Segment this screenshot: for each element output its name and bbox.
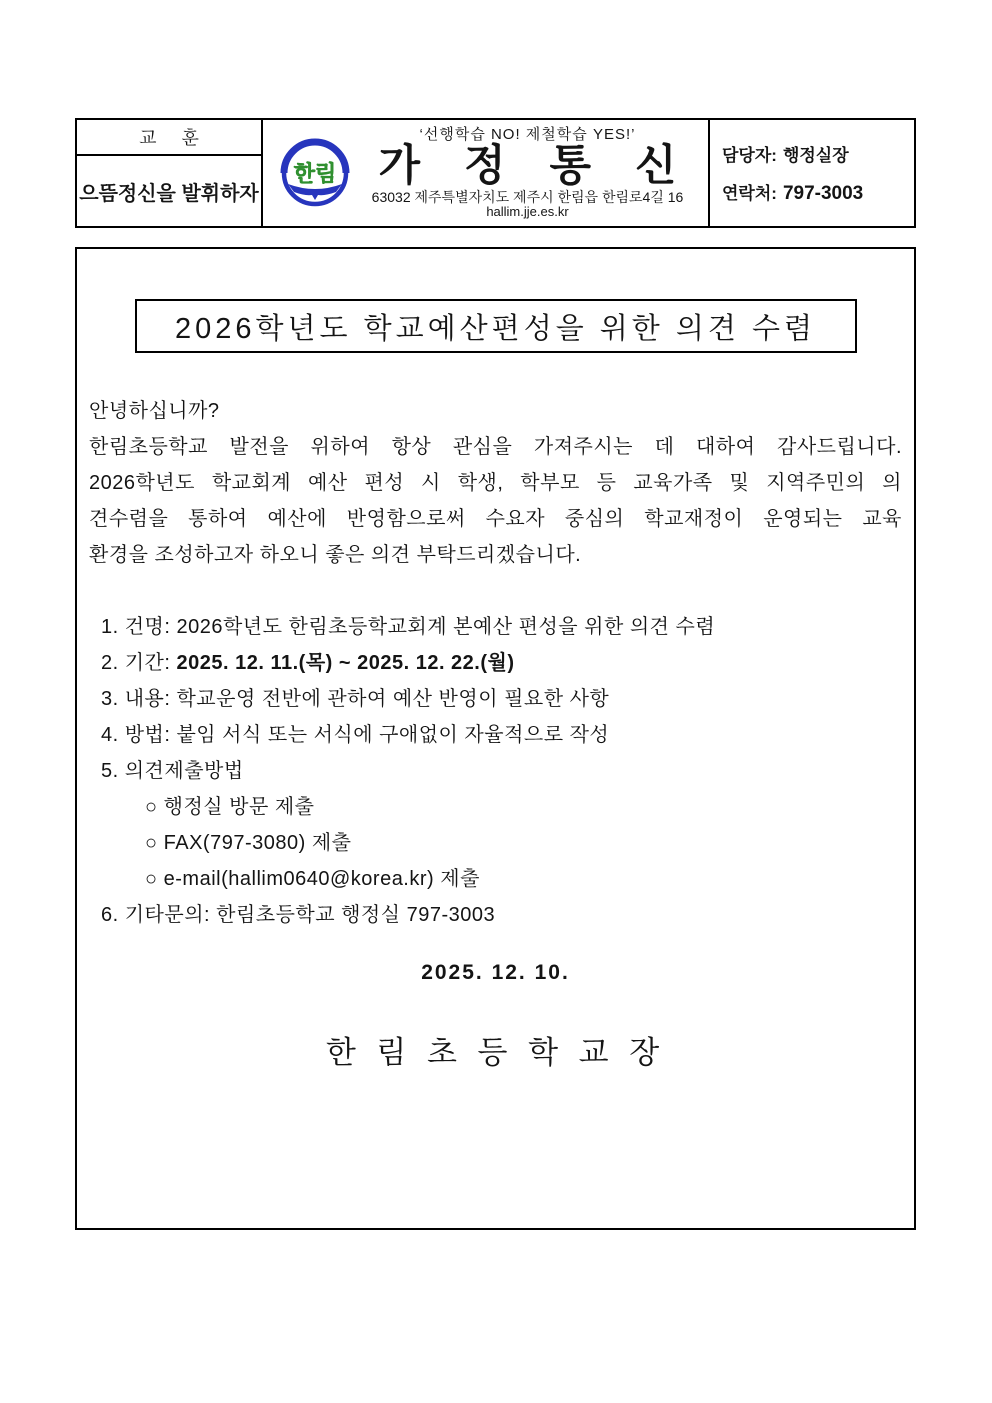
submit-method-email: ○ e-mail(hallim0640@korea.kr) 제출	[101, 861, 902, 897]
contact-phone-row: 연락처:797-3003	[722, 179, 906, 205]
school-logo: 한림	[277, 136, 353, 210]
greeting-line: 안녕하십니까?	[89, 393, 902, 429]
logo-text: 한림	[294, 161, 337, 186]
notice-item-2-period: 2025. 12. 11.(목) ~ 2025. 12. 22.(월)	[177, 652, 515, 674]
greeting-line: 견수렴을 통하여 예산에 반영함으로써 수요자 중심의 학교재정이 운영되는 교…	[89, 501, 902, 537]
notice-item-list: 1. 건명: 2026학년도 한림초등학교회계 본예산 편성을 위한 의견 수렴…	[89, 609, 902, 933]
school-address: 63032 제주특별자치도 제주시 한림읍 한림로4길 16	[353, 189, 702, 205]
motto-label: 교 훈	[77, 120, 261, 156]
notice-item-3: 3. 내용: 학교운영 전반에 관하여 예산 반영이 필요한 사항	[101, 681, 902, 717]
notice-body: 2026학년도 학교예산편성을 위한 의견 수렴 안녕하십니까? 한림초등학교 …	[75, 247, 916, 1230]
contact-person-value: 행정실장	[783, 146, 849, 165]
notice-title: 2026학년도 학교예산편성을 위한 의견 수렴	[135, 299, 857, 353]
notice-date: 2025. 12. 10.	[89, 961, 902, 985]
contact-column: 담당자:행정실장 연락처:797-3003	[710, 120, 914, 226]
document-page: 교 훈 으뜸정신을 발휘하자 한림 ‘선행학습 NO! 제철학습 YES!’ 가…	[0, 0, 992, 1403]
motto-column: 교 훈 으뜸정신을 발휘하자	[77, 120, 263, 226]
notice-item-1: 1. 건명: 2026학년도 한림초등학교회계 본예산 편성을 위한 의견 수렴	[101, 609, 902, 645]
notice-item-6: 6. 기타문의: 한림초등학교 행정실 797-3003	[101, 897, 902, 933]
greeting-line: 2026학년도 학교회계 예산 편성 시 학생, 학부모 등 교육가족 및 지역…	[89, 465, 902, 501]
submit-method-visit: ○ 행정실 방문 제출	[101, 789, 902, 825]
slogan: ‘선행학습 NO! 제철학습 YES!’	[353, 126, 702, 143]
contact-phone-label: 연락처:	[722, 184, 777, 203]
greeting-paragraph: 안녕하십니까? 한림초등학교 발전을 위하여 항상 관심을 가져주시는 데 대하…	[89, 393, 902, 573]
paper-title: 가 정 통 신	[353, 144, 702, 189]
notice-item-4: 4. 방법: 붙임 서식 또는 서식에 구애없이 자율적으로 작성	[101, 717, 902, 753]
notice-item-5: 5. 의견제출방법	[101, 753, 902, 789]
notice-item-2-label: 2. 기간:	[101, 652, 177, 674]
contact-person-label: 담당자:	[722, 146, 777, 165]
contact-person-row: 담당자:행정실장	[722, 141, 906, 166]
greeting-line: 환경을 조성하고자 하오니 좋은 의견 부탁드리겠습니다.	[89, 537, 902, 573]
masthead-column: 한림 ‘선행학습 NO! 제철학습 YES!’ 가 정 통 신 63032 제주…	[263, 120, 710, 226]
masthead-text: ‘선행학습 NO! 제철학습 YES!’ 가 정 통 신 63032 제주특별자…	[353, 126, 702, 219]
greeting-line: 한림초등학교 발전을 위하여 항상 관심을 가져주시는 데 대하여 감사드립니다…	[89, 429, 902, 465]
notice-item-2: 2. 기간: 2025. 12. 11.(목) ~ 2025. 12. 22.(…	[101, 645, 902, 681]
contact-phone-value: 797-3003	[783, 183, 863, 204]
masthead-table: 교 훈 으뜸정신을 발휘하자 한림 ‘선행학습 NO! 제철학습 YES!’ 가…	[75, 118, 916, 228]
motto-text: 으뜸정신을 발휘하자	[77, 156, 261, 226]
school-website: hallim.jje.es.kr	[353, 205, 702, 220]
school-logo-icon: 한림	[278, 136, 352, 210]
submit-method-fax: ○ FAX(797-3080) 제출	[101, 825, 902, 861]
principal-signature: 한 림 초 등 학 교 장	[89, 1027, 902, 1072]
